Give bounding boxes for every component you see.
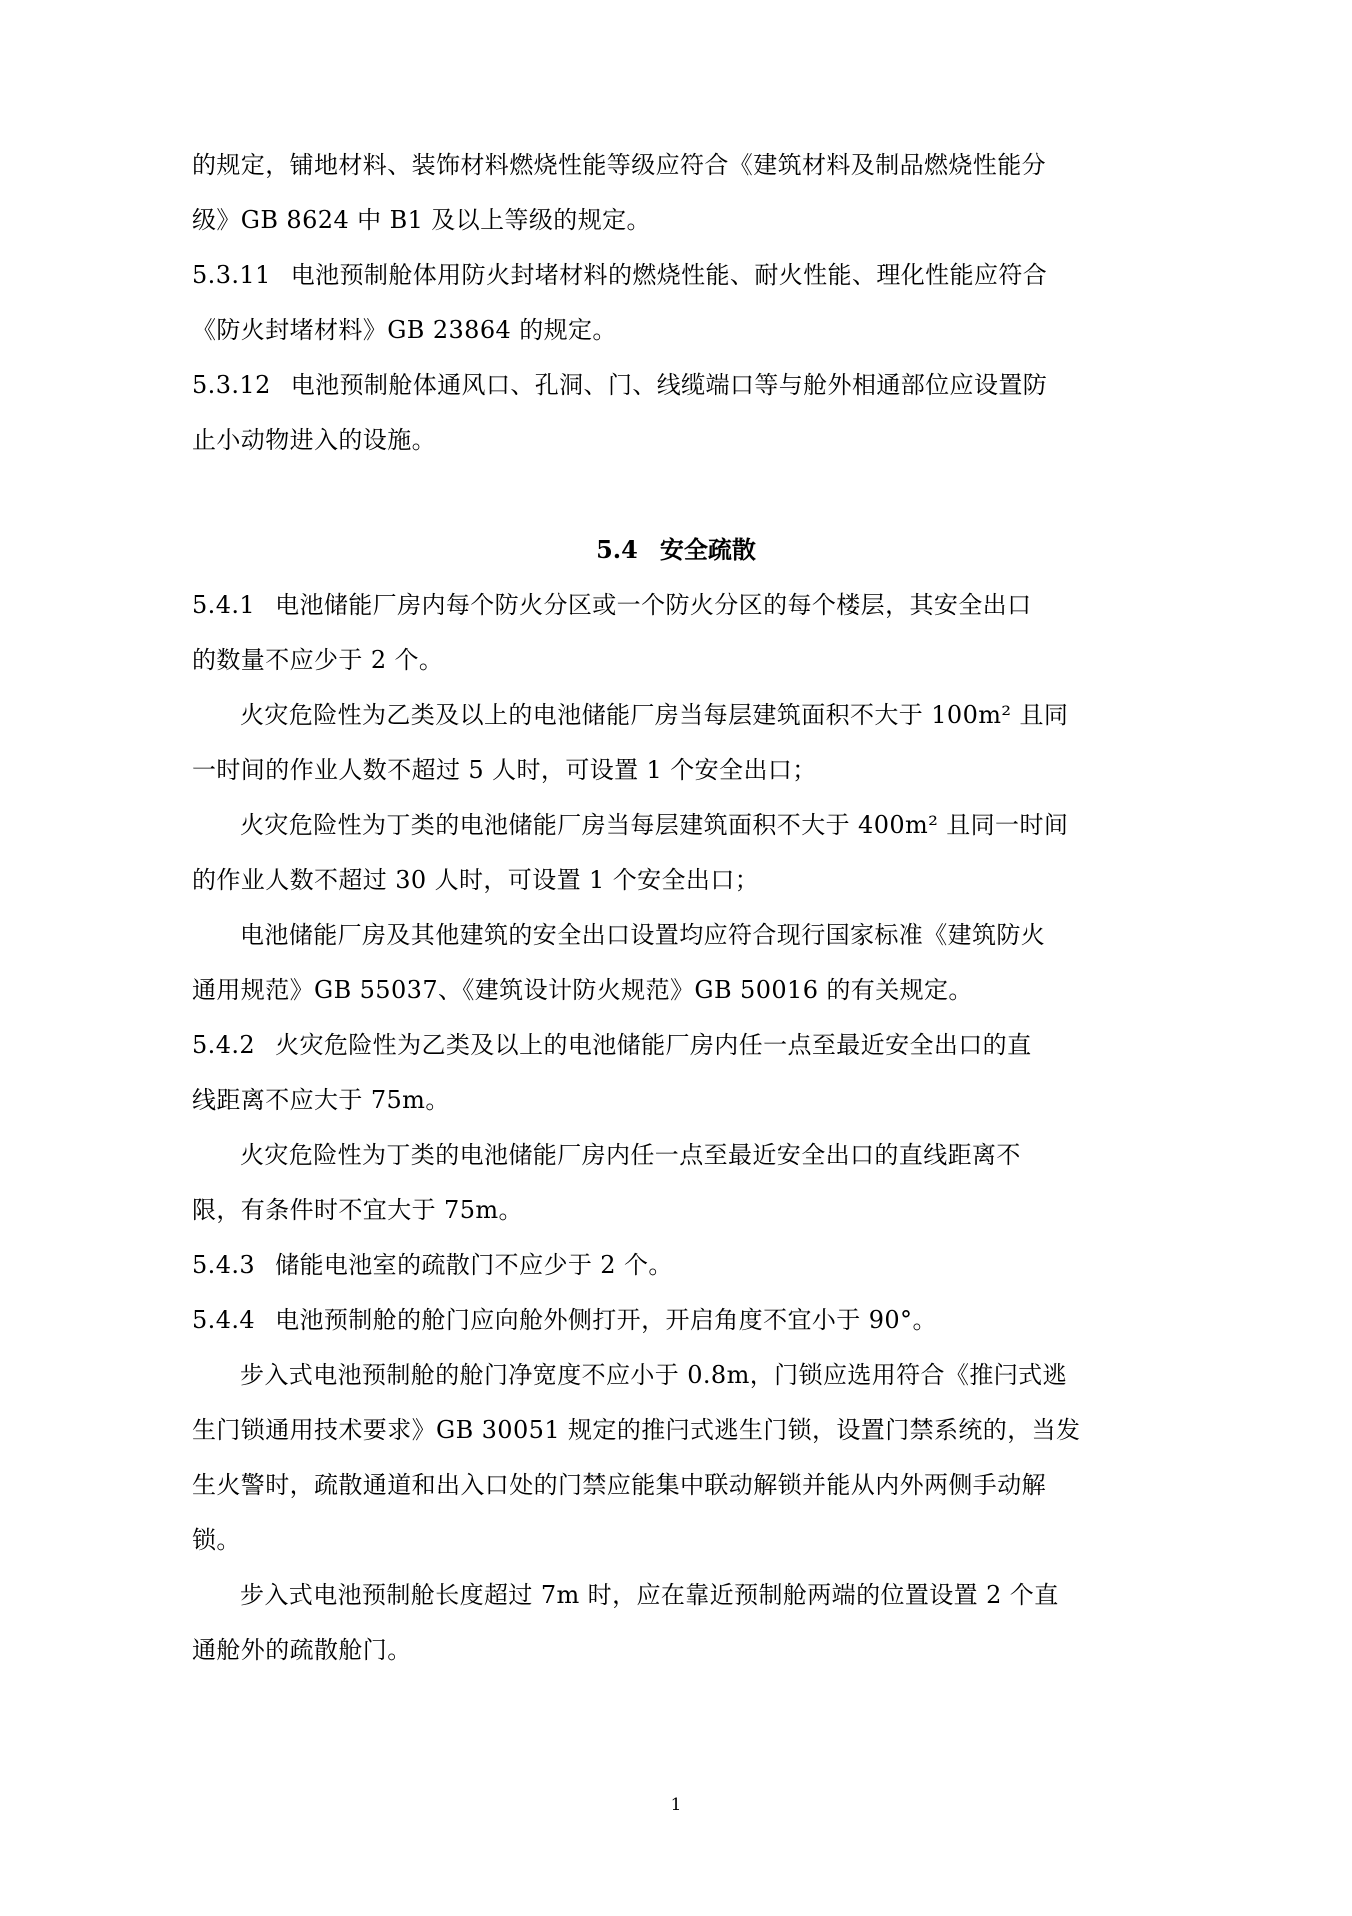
- clause-5-4-4-para-b-line-3: 生火警时，疏散通道和出入口处的门禁应能集中联动解锁并能从内外两侧手动解: [192, 1470, 1172, 1500]
- clause-5-4-4: 5.4.4电池预制舱的舱门应向舱外侧打开，开启角度不宜小于 90°。: [192, 1305, 1172, 1335]
- page-number: 1: [0, 1794, 1352, 1816]
- clause-text: 火灾危险性为乙类及以上的电池储能厂房内任一点至最近安全出口的直: [275, 1031, 1031, 1059]
- clause-number: 5.3.11: [192, 260, 271, 290]
- continuation-line-2: 级》GB 8624 中 B1 及以上等级的规定。: [192, 205, 1172, 235]
- clause-5-4-2-line-2: 线距离不应大于 75m。: [192, 1085, 1172, 1115]
- clause-5-3-11-line-2: 《防火封堵材料》GB 23864 的规定。: [192, 315, 1172, 345]
- continuation-line-1: 的规定，铺地材料、装饰材料燃烧性能等级应符合《建筑材料及制品燃烧性能分: [192, 150, 1172, 180]
- clause-5-4-1-para-b-line-2: 一时间的作业人数不超过 5 人时，可设置 1 个安全出口；: [192, 755, 1172, 785]
- clause-number: 5.4.1: [192, 590, 255, 620]
- clause-5-4-1-line-2: 的数量不应少于 2 个。: [192, 645, 1172, 675]
- clause-text: 电池预制舱体用防火封堵材料的燃烧性能、耐火性能、理化性能应符合: [291, 261, 1047, 289]
- section-heading: 5.4安全疏散: [0, 535, 1352, 565]
- clause-5-4-4-para-b-line-1: 步入式电池预制舱的舱门净宽度不应小于 0.8m，门锁应选用符合《推闩式逃: [240, 1360, 1172, 1390]
- clause-number: 5.4.3: [192, 1250, 255, 1280]
- clause-5-4-2-para-b-line-1: 火灾危险性为丁类的电池储能厂房内任一点至最近安全出口的直线距离不: [240, 1140, 1172, 1170]
- clause-5-4-1: 5.4.1电池储能厂房内每个防火分区或一个防火分区的每个楼层，其安全出口: [192, 590, 1172, 620]
- clause-number: 5.4.4: [192, 1305, 255, 1335]
- clause-text: 电池预制舱的舱门应向舱外侧打开，开启角度不宜小于 90°。: [275, 1306, 937, 1334]
- clause-5-4-4-para-b-line-2: 生门锁通用技术要求》GB 30051 规定的推闩式逃生门锁，设置门禁系统的，当发: [192, 1415, 1172, 1445]
- section-title: 安全疏散: [660, 535, 756, 564]
- clause-5-4-2-para-b-line-2: 限，有条件时不宜大于 75m。: [192, 1195, 1172, 1225]
- clause-5-4-4-para-c-line-1: 步入式电池预制舱长度超过 7m 时，应在靠近预制舱两端的位置设置 2 个直: [240, 1580, 1172, 1610]
- clause-5-4-4-para-c-line-2: 通舱外的疏散舱门。: [192, 1635, 1172, 1665]
- clause-5-4-1-para-d-line-2: 通用规范》GB 55037、《建筑设计防火规范》GB 50016 的有关规定。: [192, 975, 1172, 1005]
- clause-5-4-3: 5.4.3储能电池室的疏散门不应少于 2 个。: [192, 1250, 1172, 1280]
- clause-text: 电池储能厂房内每个防火分区或一个防火分区的每个楼层，其安全出口: [275, 591, 1031, 619]
- clause-5-3-11: 5.3.11电池预制舱体用防火封堵材料的燃烧性能、耐火性能、理化性能应符合: [192, 260, 1172, 290]
- clause-5-4-1-para-b-line-1: 火灾危险性为乙类及以上的电池储能厂房当每层建筑面积不大于 100m² 且同: [240, 700, 1172, 730]
- clause-number: 5.4.2: [192, 1030, 255, 1060]
- clause-5-4-1-para-c-line-1: 火灾危险性为丁类的电池储能厂房当每层建筑面积不大于 400m² 且同一时间: [240, 810, 1172, 840]
- clause-5-3-12-line-2: 止小动物进入的设施。: [192, 425, 1172, 455]
- clause-text: 电池预制舱体通风口、孔洞、门、线缆端口等与舱外相通部位应设置防: [291, 371, 1047, 399]
- clause-number: 5.3.12: [192, 370, 271, 400]
- clause-5-4-4-para-b-line-4: 锁。: [192, 1525, 1172, 1555]
- clause-5-4-2: 5.4.2火灾危险性为乙类及以上的电池储能厂房内任一点至最近安全出口的直: [192, 1030, 1172, 1060]
- clause-5-4-1-para-d-line-1: 电池储能厂房及其他建筑的安全出口设置均应符合现行国家标准《建筑防火: [240, 920, 1172, 950]
- clause-text: 储能电池室的疏散门不应少于 2 个。: [275, 1251, 673, 1279]
- clause-5-4-1-para-c-line-2: 的作业人数不超过 30 人时，可设置 1 个安全出口；: [192, 865, 1172, 895]
- section-number: 5.4: [596, 535, 638, 564]
- document-page: 的规定，铺地材料、装饰材料燃烧性能等级应符合《建筑材料及制品燃烧性能分 级》GB…: [0, 0, 1352, 1916]
- clause-5-3-12: 5.3.12电池预制舱体通风口、孔洞、门、线缆端口等与舱外相通部位应设置防: [192, 370, 1172, 400]
